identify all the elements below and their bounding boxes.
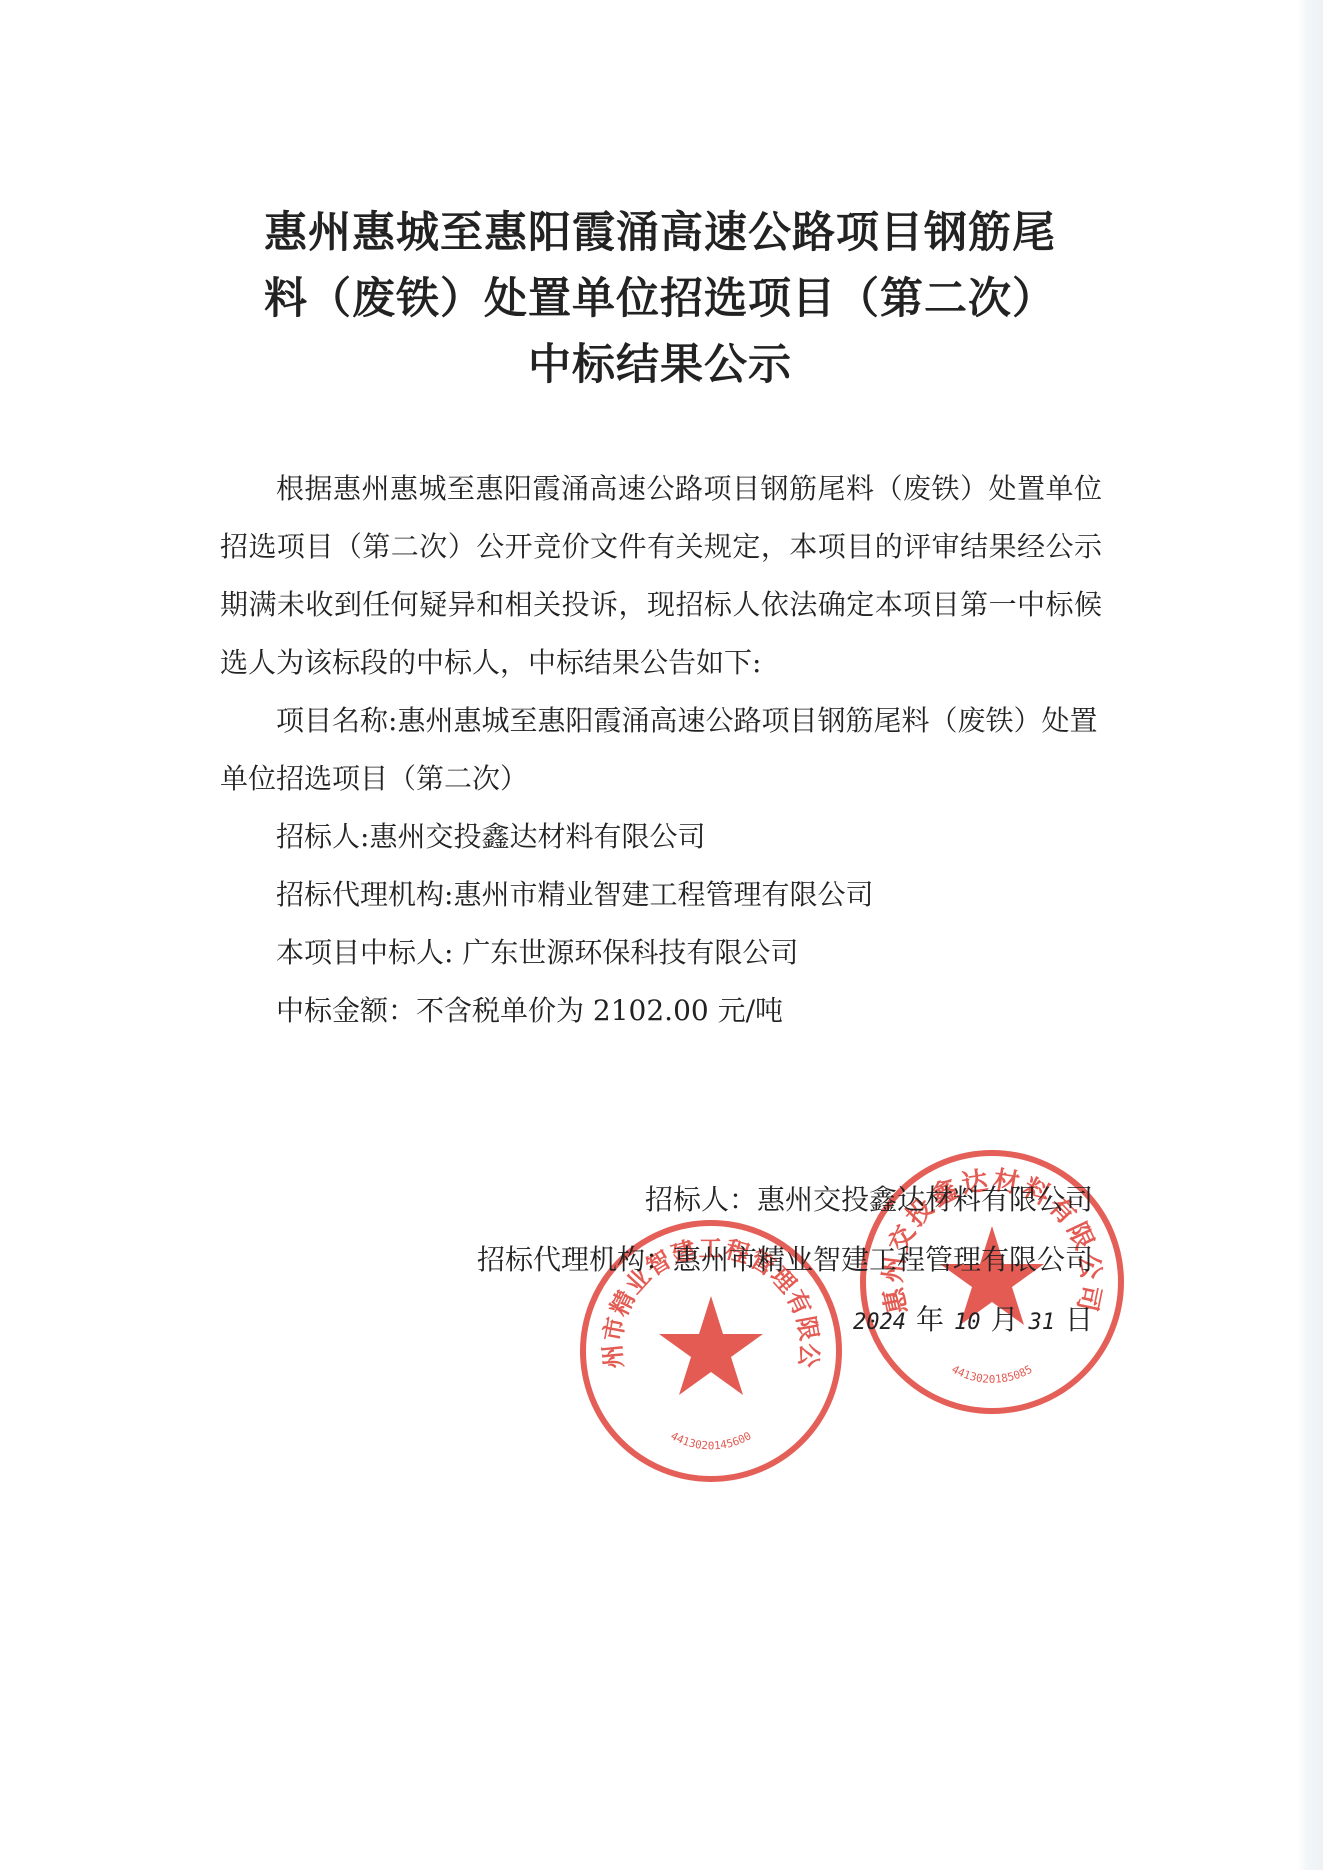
title-line-2: 料（废铁）处置单位招选项目（第二次） [230,266,1090,332]
tenderer-seal-code: 4413020185085 [949,1363,1034,1386]
title-line-1: 惠州惠城至惠阳霞涌高速公路项目钢筋尾 [230,200,1090,266]
signature-tenderer-label: 招标人： [645,1183,757,1216]
document-body: 根据惠州惠城至惠阳霞涌高速公路项目钢筋尾料（废铁）处置单位招选项目（第二次）公开… [220,460,1102,1040]
amount-field: 中标金额：不含税单价为 2102.00 元/吨 [220,982,1102,1040]
signature-block: 招标人：惠州交投鑫达材料有限公司 招标代理机构：惠州市精业智建工程管理有限公司 … [477,1170,1093,1353]
tenderer-value: 惠州交投鑫达材料有限公司 [369,820,705,853]
date-day: 31 [1028,1310,1055,1335]
agency-seal-code: 4413020145600 [668,1429,753,1452]
project-name-field: 项目名称:惠州惠城至惠阳霞涌高速公路项目钢筋尾料（废铁）处置单位招选项目（第二次… [220,692,1102,808]
signature-tenderer: 招标人：惠州交投鑫达材料有限公司 [477,1170,1093,1230]
amount-label: 中标金额： [276,994,416,1027]
winner-label: 本项目中标人: [276,936,453,969]
agency-label: 招标代理机构: [276,878,453,911]
signature-agency-name: 惠州市精业智建工程管理有限公司 [673,1243,1093,1276]
document-title: 惠州惠城至惠阳霞涌高速公路项目钢筋尾 料（废铁）处置单位招选项目（第二次） 中标… [230,200,1090,398]
winner-value: 广东世源环保科技有限公司 [462,936,798,969]
svg-text:4413020145600: 4413020145600 [668,1429,753,1452]
svg-text:4413020185085: 4413020185085 [949,1363,1034,1386]
signature-date: 2024年10月31日 [477,1290,1093,1353]
agency-field: 招标代理机构:惠州市精业智建工程管理有限公司 [220,866,1102,924]
project-name-label: 项目名称: [276,704,397,737]
tenderer-label: 招标人: [276,820,369,853]
winner-field: 本项目中标人: 广东世源环保科技有限公司 [220,924,1102,982]
date-year-suffix: 年 [916,1303,944,1336]
date-year: 2024 [853,1310,906,1335]
signature-agency-label: 招标代理机构： [477,1243,673,1276]
date-month: 10 [954,1310,981,1335]
date-day-suffix: 日 [1065,1303,1093,1336]
intro-paragraph: 根据惠州惠城至惠阳霞涌高速公路项目钢筋尾料（废铁）处置单位招选项目（第二次）公开… [220,460,1102,692]
scan-edge [1297,0,1323,1870]
title-line-3: 中标结果公示 [230,332,1090,398]
agency-value: 惠州市精业智建工程管理有限公司 [453,878,873,911]
date-month-suffix: 月 [990,1303,1018,1336]
signature-tenderer-name: 惠州交投鑫达材料有限公司 [757,1183,1093,1216]
amount-value: 不含税单价为 2102.00 元/吨 [416,994,783,1027]
signature-agency: 招标代理机构：惠州市精业智建工程管理有限公司 [477,1230,1093,1290]
tenderer-field: 招标人:惠州交投鑫达材料有限公司 [220,808,1102,866]
